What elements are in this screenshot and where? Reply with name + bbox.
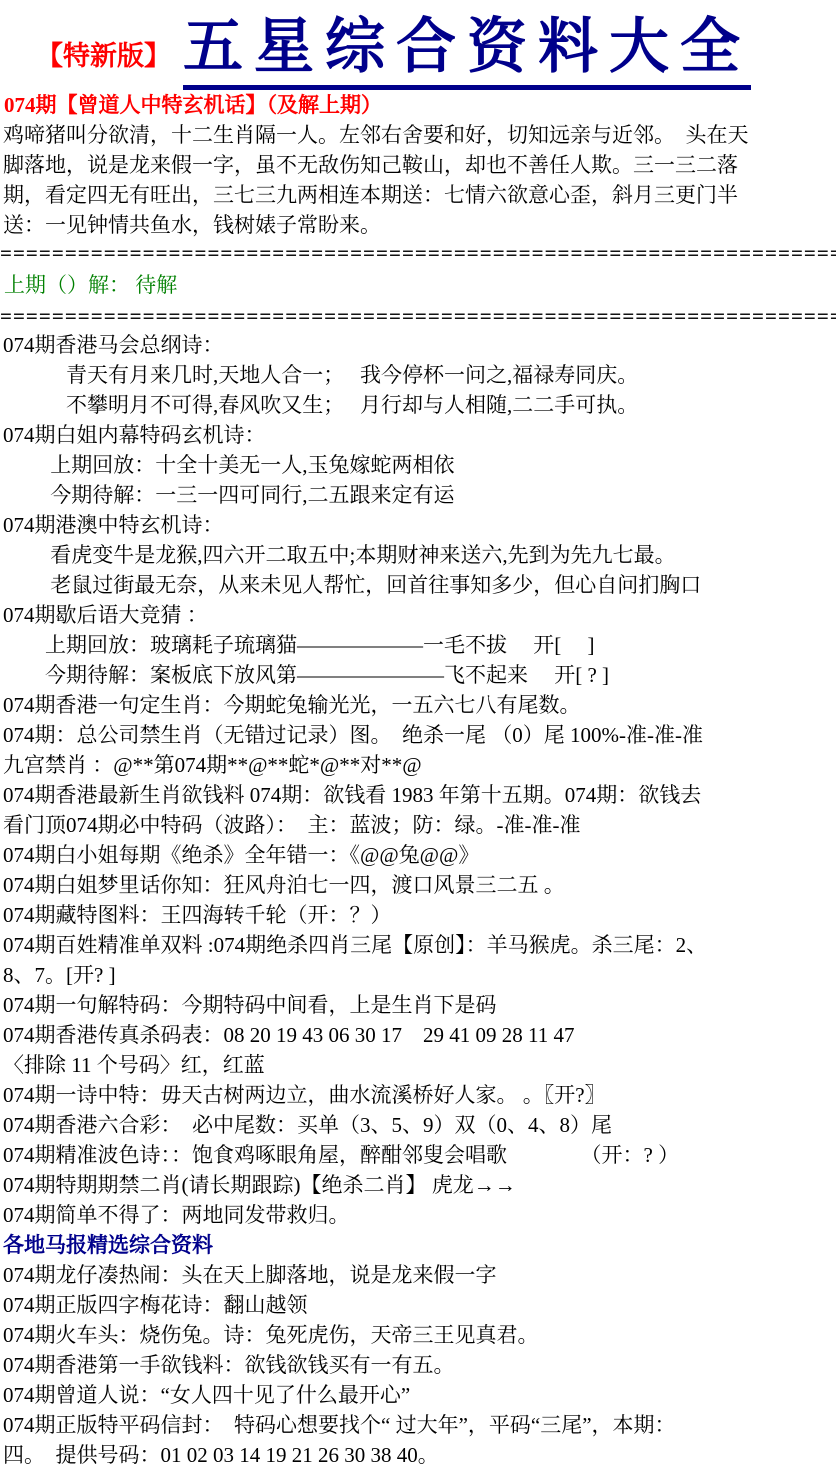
content-line: 074期歇后语大竞猜 ：: [0, 600, 836, 630]
content-line: 074期精准波色诗：：饱食鸡啄眼角屋，醉酣邻叟会唱歌 （开：? ）: [0, 1140, 836, 1170]
edition-badge: 【特新版】: [36, 43, 171, 70]
content-line: 8、7。[开? ]: [0, 960, 836, 990]
content-line: 〈排除 11 个号码〉红，红蓝: [0, 1050, 836, 1080]
content-line: 四。 提供号码：01 02 03 14 19 21 26 30 38 40。: [0, 1440, 836, 1470]
content-line: 074期港澳中特玄机诗：: [0, 510, 836, 540]
content-line: 074期一诗中特：毋天古树两边立，曲水流溪桥好人家。 。〖开?〗: [0, 1080, 836, 1110]
intro-line: 期，看定四无有旺出，三七三九两相连本期送：七情六欲意心歪，斜月三更门半: [0, 180, 836, 210]
intro-paragraph: 鸡啼猪叫分欲清，十二生肖隔一人。左邻右舍要和好，切知远亲与近邻。 头在天脚落地，…: [0, 120, 836, 240]
pending-solution-line: 上期（）解： 待解: [0, 267, 836, 303]
divider-line-top: ========================================…: [0, 240, 836, 267]
content-line: 074期正版四字梅花诗：翻山越领: [0, 1290, 836, 1320]
content-line: 不攀明月不可得,春风吹又生； 月行却与人相随,二二手可执。: [0, 390, 836, 420]
content-line: 074期香港一句定生肖：今期蛇兔输光光，一五六七八有尾数。: [0, 690, 836, 720]
content-line: 074期香港最新生肖欲钱料 074期：欲钱看 1983 年第十五期。074期：欲…: [0, 780, 836, 810]
content-line: 074期一句解特码：今期特码中间看，上是生肖下是码: [0, 990, 836, 1020]
content-line: 青天有月来几时,天地人合一； 我今停杯一问之,福禄寿同庆。: [0, 360, 836, 390]
content-line: 看门顶074期必中特码（波路）： 主：蓝波；防：绿。-准-准-准: [0, 810, 836, 840]
content-sections: 074期香港马会总纲诗： 青天有月来几时,天地人合一； 我今停杯一问之,福禄寿同…: [0, 330, 836, 1470]
content-line: 074期百姓精准单双料 :074期绝杀四肖三尾【原创】：羊马猴虎。杀三尾：2、: [0, 930, 836, 960]
content-line: 074期藏特图料：王四海转千轮（开：？）: [0, 900, 836, 930]
content-line: 074期香港第一手欲钱料：欲钱欲钱买有一有五。: [0, 1350, 836, 1380]
content-line: 上期回放：玻璃耗子琉璃猫——————一毛不拔 开[ ]: [0, 630, 836, 660]
intro-line: 脚落地，说是龙来假一字，虽不无敌伤知己鞍山，却也不善任人欺。三一三二落: [0, 150, 836, 180]
content-line: 074期火车头：烧伤兔。诗：兔死虎伤，天帝三王见真君。: [0, 1320, 836, 1350]
content-line: 看虎变牛是龙猴,四六开二取五中;本期财神来送六,先到为先九七最。: [0, 540, 836, 570]
masthead: 【特新版】 五星综合资料大全: [0, 0, 836, 90]
content-line: 074期龙仔凑热闹：头在天上脚落地，说是龙来假一字: [0, 1260, 836, 1290]
intro-line: 鸡啼猪叫分欲清，十二生肖隔一人。左邻右舍要和好，切知远亲与近邻。 头在天: [0, 120, 836, 150]
content-line: 各地马报精选综合资料: [0, 1230, 836, 1260]
content-line: 074期：总公司禁生肖（无错过记录）图。 绝杀一尾 （0）尾 100%-准-准-…: [0, 720, 836, 750]
content-line: 九宫禁肖 ：@**第074期**@**蛇*@**对**@: [0, 750, 836, 780]
content-line: 上期回放：十全十美无一人,玉兔嫁蛇两相依: [0, 450, 836, 480]
divider-line-bottom: ========================================…: [0, 303, 836, 330]
content-line: 074期香港传真杀码表：08 20 19 43 06 30 17 29 41 0…: [0, 1020, 836, 1050]
page-title: 五星综合资料大全: [183, 12, 751, 90]
content-line: 074期白姐梦里话你知：狂风舟泊七一四，渡口风景三二五 。: [0, 870, 836, 900]
issue-subtitle: 074期【曾道人中特玄机话】（及解上期）: [0, 90, 836, 120]
content-line: 074期正版特平码信封： 特码心想要找个“ 过大年”，平码“三尾”，本期：: [0, 1410, 836, 1440]
content-line: 074期特期期禁二肖(请长期跟踪)【绝杀二肖】 虎龙→→: [0, 1170, 836, 1200]
content-line: 今期待解：案板底下放风第———————飞不起来 开[ ? ]: [0, 660, 836, 690]
content-line: 074期白姐内幕特码玄机诗：: [0, 420, 836, 450]
content-line: 今期待解：一三一四可同行,二五跟来定有运: [0, 480, 836, 510]
intro-line: 送：一见钟情共鱼水，钱树婊子常盼来。: [0, 210, 836, 240]
content-line: 074期曾道人说：“女人四十见了什么最开心”: [0, 1380, 836, 1410]
content-line: 074期香港马会总纲诗：: [0, 330, 836, 360]
content-line: 074期简单不得了：两地同发带救归。: [0, 1200, 836, 1230]
content-line: 老鼠过街最无奈，从来未见人帮忙，回首往事知多少，但心自问扪胸口: [0, 570, 836, 600]
lottery-info-page: 【特新版】 五星综合资料大全 074期【曾道人中特玄机话】（及解上期） 鸡啼猪叫…: [0, 0, 836, 1484]
content-line: 074期香港六合彩： 必中尾数：买单（3、5、9）双（0、4、8）尾: [0, 1110, 836, 1140]
content-line: 074期白小姐每期《绝杀》全年错一：《@@兔@@》: [0, 840, 836, 870]
